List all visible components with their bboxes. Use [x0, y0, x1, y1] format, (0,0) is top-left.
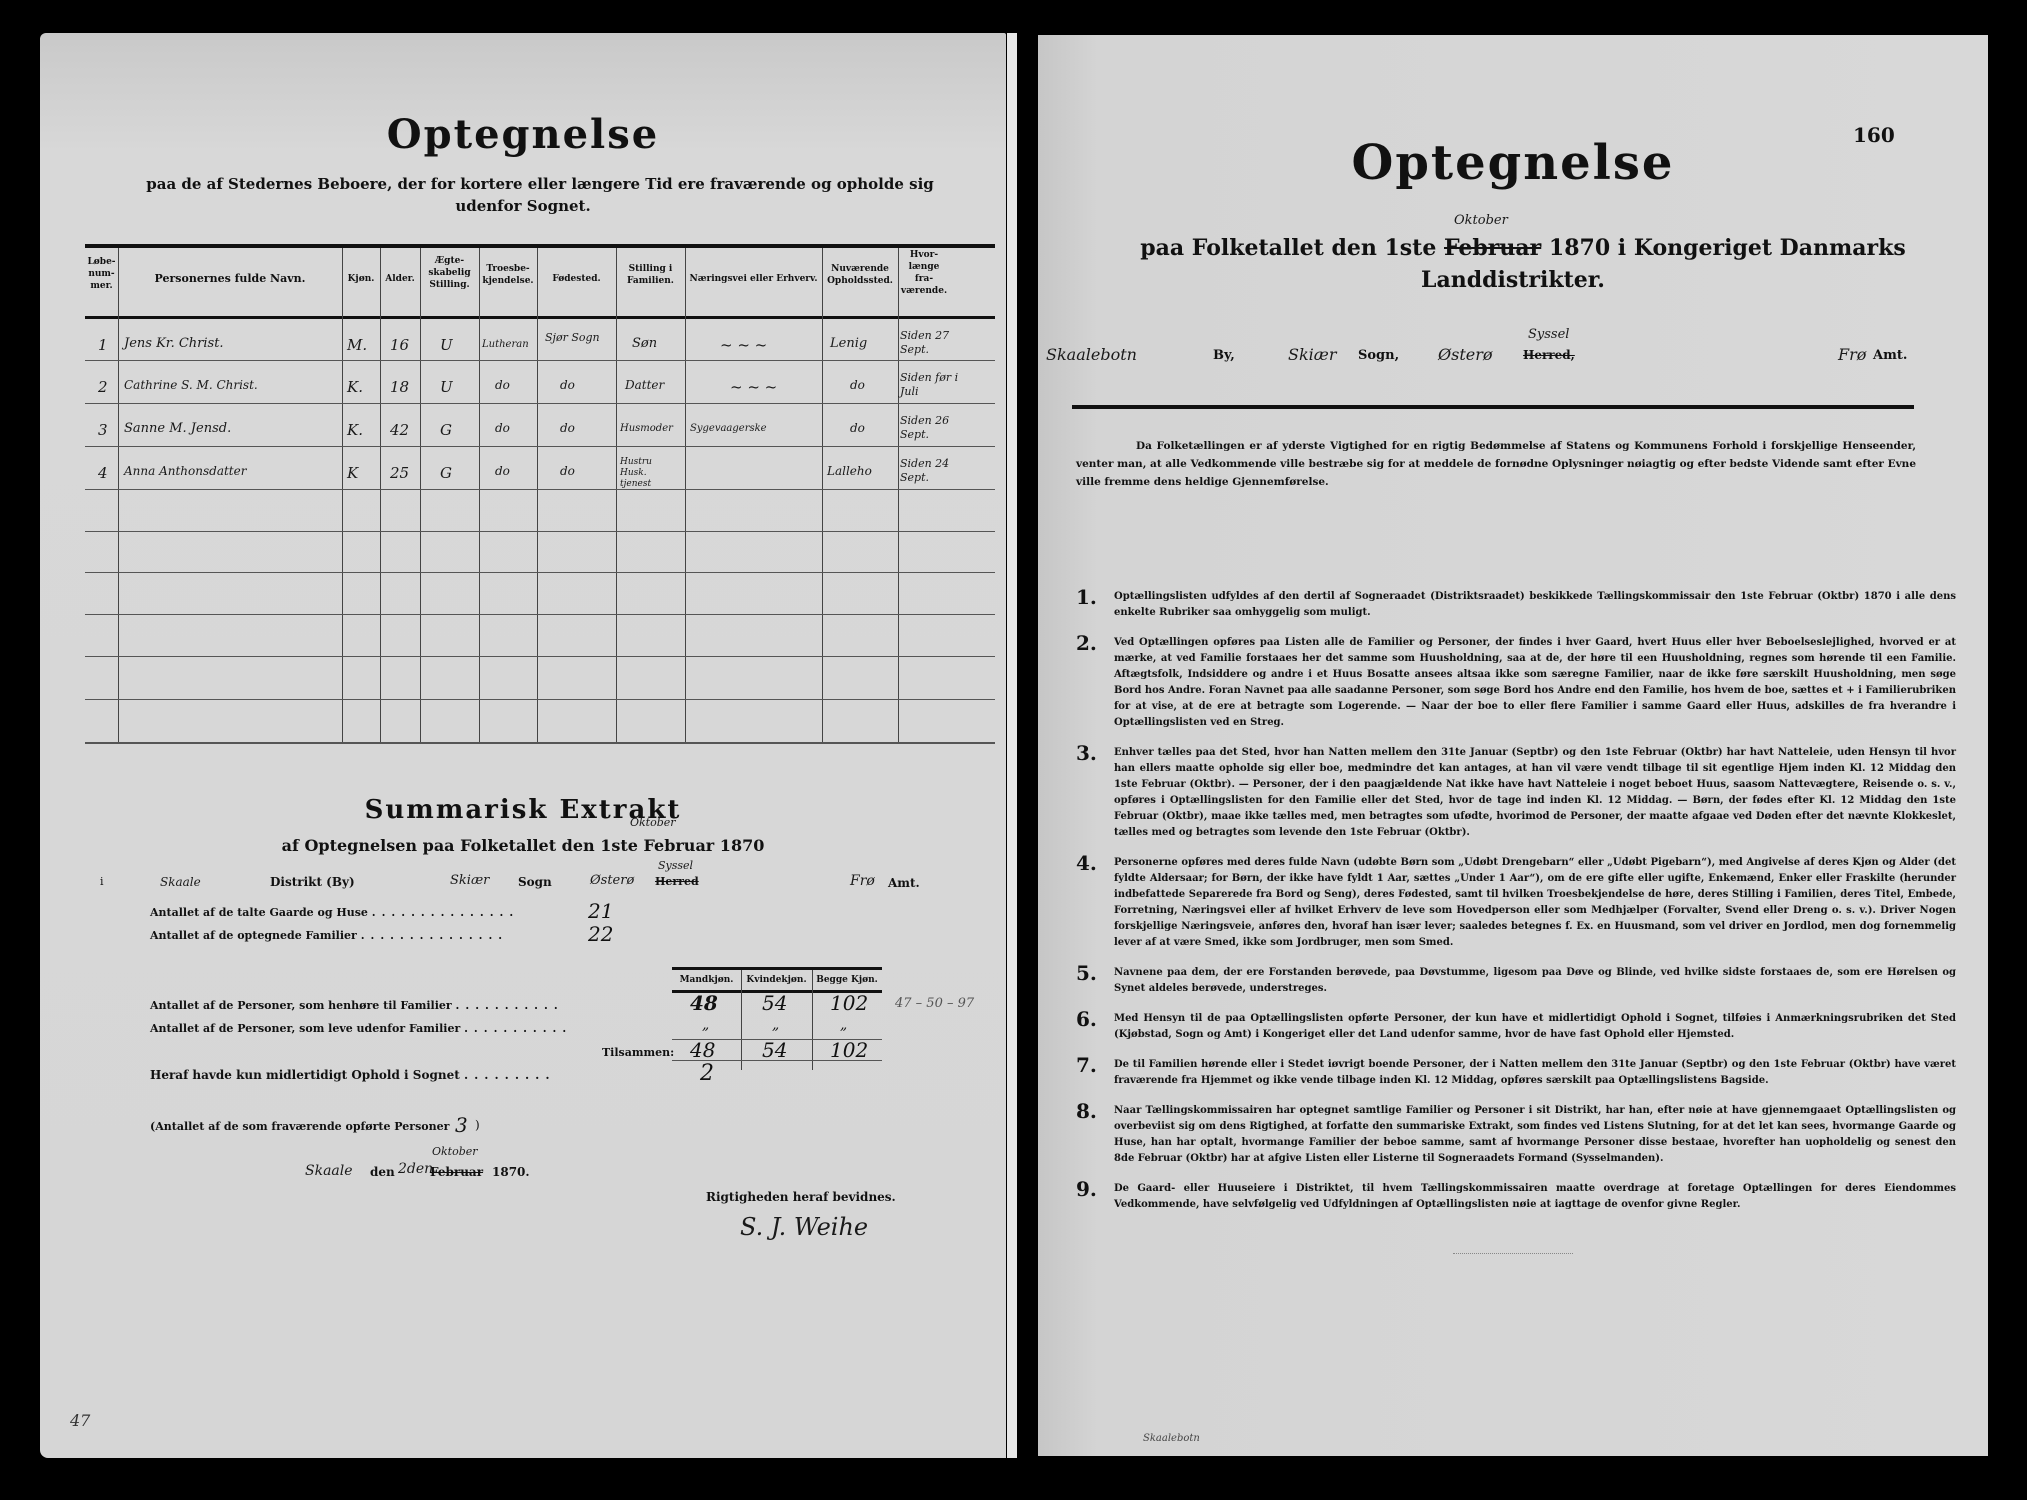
row-name: Jens Kr. Christ.	[124, 336, 224, 351]
instruction-number: 5.	[1076, 961, 1097, 985]
instruction-number: 7.	[1076, 1053, 1097, 1077]
instruction-text: Personerne opføres med deres fulde Navn …	[1114, 851, 1956, 951]
col-header-occupation: Næringsvei eller Erhverv.	[685, 273, 822, 285]
col-divider	[118, 248, 119, 742]
row-name: Sanne M. Jensd.	[124, 421, 231, 436]
signature: S. J. Weihe	[740, 1213, 868, 1241]
summary-subtitle: af Optegnelsen paa Folketallet den 1ste …	[40, 836, 1006, 855]
row-line	[85, 446, 995, 447]
place-value: Skaale	[305, 1163, 353, 1179]
row-residence: Lenig	[830, 336, 867, 351]
instruction-item: 9. De Gaard- eller Huuseiere i Distrikte…	[1076, 1177, 1956, 1213]
instruction-item: 6. Med Hensyn til de paa Optællingsliste…	[1076, 1007, 1956, 1043]
female-count: 54	[762, 991, 787, 1015]
instruction-text: De til Familien hørende eller i Stedet i…	[1114, 1053, 1956, 1089]
header-male: Mandkjøn.	[672, 975, 741, 985]
sogn-label: Sogn,	[1358, 348, 1399, 363]
row-label-text: Antallet af de Personer, som henhøre til…	[150, 999, 452, 1012]
intro-paragraph: Da Folketællingen er af yderste Vigtighe…	[1076, 437, 1916, 491]
row-absent: Siden 24 Sept.	[900, 457, 960, 485]
by-label: By,	[1213, 348, 1235, 363]
instruction-item: 7. De til Familien hørende eller i Stede…	[1076, 1053, 1956, 1089]
row-birthplace: do	[560, 378, 575, 392]
end-dotted-rule	[1453, 1253, 1573, 1254]
instruction-number: 9.	[1076, 1177, 1097, 1201]
temporary-count: 2	[700, 1061, 714, 1086]
col-header-sex: Kjøn.	[342, 273, 380, 285]
row-marital: U	[440, 378, 453, 396]
herred-correction: Syssel	[658, 859, 693, 872]
grand-total: 102	[830, 1038, 868, 1062]
subtitle-month: Februar	[1444, 235, 1541, 261]
col-header-family-role: Stilling i Familien.	[616, 263, 685, 287]
total-count: 102	[830, 991, 868, 1015]
col-header-birthplace: Fødested.	[537, 273, 616, 285]
right-subtitle: paa Folketallet den 1ste Februar Oktober…	[1098, 235, 1948, 261]
sogn-value: Skiær	[1288, 345, 1336, 364]
col-header-marital: Ægte-skabelig Stilling.	[420, 255, 479, 291]
left-title: Optegnelse	[40, 111, 1006, 158]
instruction-item: 8. Naar Tællingskommissairen har optegne…	[1076, 1099, 1956, 1167]
row-nr: 2	[98, 378, 108, 396]
subtitle-month-correction: Oktober	[1454, 213, 1508, 228]
row-faith: Lutheran	[482, 339, 529, 350]
left-page: Optegnelse paa de af Stedernes Beboere, …	[40, 33, 1006, 1458]
district-label: Distrikt (By)	[270, 875, 355, 889]
header-rule	[1072, 405, 1914, 409]
spine-strip	[1007, 33, 1017, 1458]
location-prefix: i	[100, 875, 104, 888]
instruction-number: 1.	[1076, 585, 1097, 609]
row-name: Cathrine S. M. Christ.	[124, 378, 258, 392]
instruction-number: 2.	[1076, 631, 1097, 655]
familier-label: Antallet af de optegnede Familier ......…	[150, 929, 508, 942]
row-name: Anna Anthonsdatter	[124, 464, 246, 478]
attest-label: Rigtigheden heraf bevidnes.	[706, 1190, 896, 1204]
row-family-role: Husmoder	[620, 423, 673, 434]
row-marital: G	[440, 464, 452, 482]
row-residence: do	[850, 421, 865, 435]
dot-leader: ...........	[464, 1022, 572, 1035]
row-family-role: Søn	[632, 336, 657, 351]
subtitle-post: 1870 i Kongeriget Danmarks	[1549, 235, 1906, 261]
instruction-text: Navnene paa dem, der ere Forstanden berø…	[1114, 961, 1956, 997]
instruction-text: De Gaard- eller Huuseiere i Distriktet, …	[1114, 1177, 1956, 1213]
col-header-nr: Løbe-num-mer.	[85, 256, 118, 292]
gaarde-label-text: Antallet af de talte Gaarde og Huse	[150, 906, 368, 919]
row-marital: G	[440, 421, 452, 439]
dot-leader: ...............	[361, 929, 508, 942]
row-sex: K.	[347, 378, 363, 396]
instruction-number: 4.	[1076, 851, 1097, 875]
margin-note: 47 – 50 – 97	[895, 996, 974, 1011]
date-month-correction: Oktober	[432, 1145, 478, 1158]
dot-leader: .........	[464, 1068, 556, 1082]
row-absent: Siden før i Juli	[900, 371, 960, 399]
instruction-text: Ved Optællingen opføres paa Listen alle …	[1114, 631, 1956, 731]
summary-row-label: Antallet af de Personer, som henhøre til…	[150, 999, 564, 1012]
col-divider	[342, 248, 343, 742]
total-count: „	[840, 1017, 847, 1033]
row-occupation: ~ ~ ~	[720, 336, 767, 354]
date-year: 1870.	[492, 1165, 530, 1179]
tilsammen-label: Tilsammen:	[602, 1046, 674, 1059]
row-occupation: Sygevaagerske	[690, 423, 767, 434]
row-nr: 4	[98, 464, 108, 482]
row-line	[85, 614, 995, 615]
row-family-role: Hustru Husk. tjenest	[620, 457, 680, 490]
row-label-text: Heraf havde kun midlertidigt Ophold i So…	[150, 1068, 460, 1082]
closing-paren: )	[475, 1118, 480, 1132]
col-divider	[420, 248, 421, 742]
row-line	[85, 489, 995, 490]
col-header-name: Personernes fulde Navn.	[118, 273, 342, 285]
dot-leader: ...............	[372, 906, 519, 919]
row-birthplace: do	[560, 421, 575, 435]
female-total: 54	[762, 1038, 787, 1062]
header-female: Kvindekjøn.	[741, 975, 812, 985]
row-age: 25	[390, 464, 409, 482]
row-line	[85, 360, 995, 361]
amt-label: Amt.	[1873, 348, 1907, 363]
instruction-text: Med Hensyn til de paa Optællingslisten o…	[1114, 1007, 1956, 1043]
herred-value: Østerø	[590, 873, 634, 888]
instruction-item: 5. Navnene paa dem, der ere Forstanden b…	[1076, 961, 1956, 997]
col-header-age: Alder.	[380, 273, 420, 285]
row-absent: Siden 27 Sept.	[900, 329, 960, 357]
col-divider	[812, 970, 813, 1070]
amt-value: Frø	[1838, 345, 1866, 364]
row-nr: 1	[98, 336, 108, 354]
col-header-absent-duration: Hvor-længe fra-værende.	[898, 249, 950, 297]
row-line	[85, 572, 995, 573]
herred-label: Herred	[655, 875, 699, 888]
instruction-item: 2. Ved Optællingen opføres paa Listen al…	[1076, 631, 1956, 731]
col-header-residence: Nuværende Opholdssted.	[822, 263, 898, 287]
col-divider	[380, 248, 381, 742]
male-count: 48	[690, 991, 718, 1015]
row-sex: M.	[347, 336, 367, 354]
row-absent: Siden 26 Sept.	[900, 414, 960, 442]
summary-location-line: i Skaale Distrikt (By) Skiær Sogn Østerø…	[40, 873, 1006, 897]
row-marital: U	[440, 336, 453, 354]
date-prefix: den	[370, 1165, 395, 1179]
fravaerende-label: (Antallet af de som fraværende opførte P…	[150, 1120, 449, 1133]
instruction-text: Enhver tælles paa det Sted, hvor han Nat…	[1114, 741, 1956, 841]
by-value: Skaalebotn	[1046, 345, 1137, 364]
left-subtitle-line1: paa de af Stedernes Beboere, der for kor…	[100, 175, 980, 193]
row-residence: Lalleho	[827, 464, 872, 478]
date-day: 2den	[398, 1161, 433, 1177]
header-both: Begge Kjøn.	[812, 975, 882, 985]
bottom-note: Skaalebotn	[1143, 1433, 1200, 1444]
table-header-rule	[85, 316, 995, 319]
instruction-item: 4. Personerne opføres med deres fulde Na…	[1076, 851, 1956, 951]
row-line	[85, 699, 995, 700]
col-header-faith: Troesbe-kjendelse.	[479, 263, 537, 287]
right-subtitle-line2: Landdistrikter.	[1038, 267, 1988, 293]
instruction-number: 6.	[1076, 1007, 1097, 1031]
corner-note: 47	[70, 1411, 90, 1430]
row-occupation: ~ ~ ~	[730, 378, 777, 396]
herred-value: Østerø	[1438, 345, 1493, 364]
sogn-label: Sogn	[518, 875, 552, 889]
female-count: „	[772, 1017, 779, 1033]
male-total: 48	[690, 1038, 715, 1062]
gaarde-value: 21	[588, 899, 613, 923]
row-line	[85, 403, 995, 404]
row-age: 42	[390, 421, 409, 439]
summary-subtitle-correction: Oktober	[630, 816, 676, 829]
amt-label: Amt.	[888, 876, 920, 890]
row-faith: do	[495, 464, 510, 478]
row-line	[85, 656, 995, 657]
col-divider	[537, 248, 538, 742]
col-divider	[741, 970, 742, 1070]
familier-value: 22	[588, 922, 613, 946]
row-birthplace: do	[560, 464, 575, 478]
district-value: Skaale	[160, 875, 201, 889]
col-divider	[479, 248, 480, 742]
right-title: Optegnelse	[1038, 135, 1988, 191]
instruction-item: 3. Enhver tælles paa det Sted, hvor han …	[1076, 741, 1956, 841]
fravaerende-label-text: (Antallet af de som fraværende opførte P…	[150, 1120, 449, 1133]
gaarde-label: Antallet af de talte Gaarde og Huse ....…	[150, 906, 519, 919]
row-faith: do	[495, 421, 510, 435]
col-divider	[616, 248, 617, 742]
amt-value: Frø	[850, 873, 875, 889]
left-subtitle-line2: udenfor Sognet.	[40, 197, 1006, 215]
male-count: „	[702, 1017, 709, 1033]
summary-table-top-rule	[672, 967, 882, 970]
row-age: 18	[390, 378, 409, 396]
herred-label: Herred,	[1523, 348, 1575, 362]
dot-leader: ...........	[456, 999, 564, 1012]
familier-label-text: Antallet af de optegnede Familier	[150, 929, 357, 942]
row-family-role: Datter	[625, 378, 664, 392]
instruction-number: 3.	[1076, 741, 1097, 765]
row-line	[85, 742, 995, 744]
row-sex: K	[347, 464, 358, 482]
fravaerende-value: 3	[455, 1113, 468, 1137]
instruction-number: 8.	[1076, 1099, 1097, 1123]
row-faith: do	[495, 378, 510, 392]
summary-title: Summarisk Extrakt	[40, 795, 1006, 825]
col-divider	[822, 248, 823, 742]
date-month: Februar	[430, 1165, 483, 1179]
instruction-text: Optællingslisten udfyldes af den dertil …	[1114, 585, 1956, 621]
instructions-list: 1. Optællingslisten udfyldes af den dert…	[1076, 585, 1956, 1223]
instruction-text: Naar Tællingskommissairen har optegnet s…	[1114, 1099, 1956, 1167]
subtitle-month-wrap: Februar Oktober	[1444, 235, 1549, 261]
col-divider	[685, 248, 686, 742]
summary-row-label: Heraf havde kun midlertidigt Ophold i So…	[150, 1068, 556, 1082]
col-divider	[898, 248, 899, 742]
row-age: 16	[390, 336, 409, 354]
row-residence: do	[850, 378, 865, 392]
subtitle-pre: paa Folketallet den 1ste	[1140, 235, 1436, 261]
herred-correction: Syssel	[1528, 327, 1569, 342]
row-sex: K.	[347, 421, 363, 439]
row-line	[85, 531, 995, 532]
row-label-text: Antallet af de Personer, som leve udenfo…	[150, 1022, 460, 1035]
row-nr: 3	[98, 421, 108, 439]
right-page: 160 Optegnelse paa Folketallet den 1ste …	[1038, 35, 1988, 1456]
sogn-value: Skiær	[450, 873, 489, 888]
table-top-rule	[85, 244, 995, 248]
summary-row-label: Antallet af de Personer, som leve udenfo…	[150, 1022, 572, 1035]
row-birthplace: Sjør Sogn	[545, 331, 605, 344]
instruction-item: 1. Optællingslisten udfyldes af den dert…	[1076, 585, 1956, 621]
